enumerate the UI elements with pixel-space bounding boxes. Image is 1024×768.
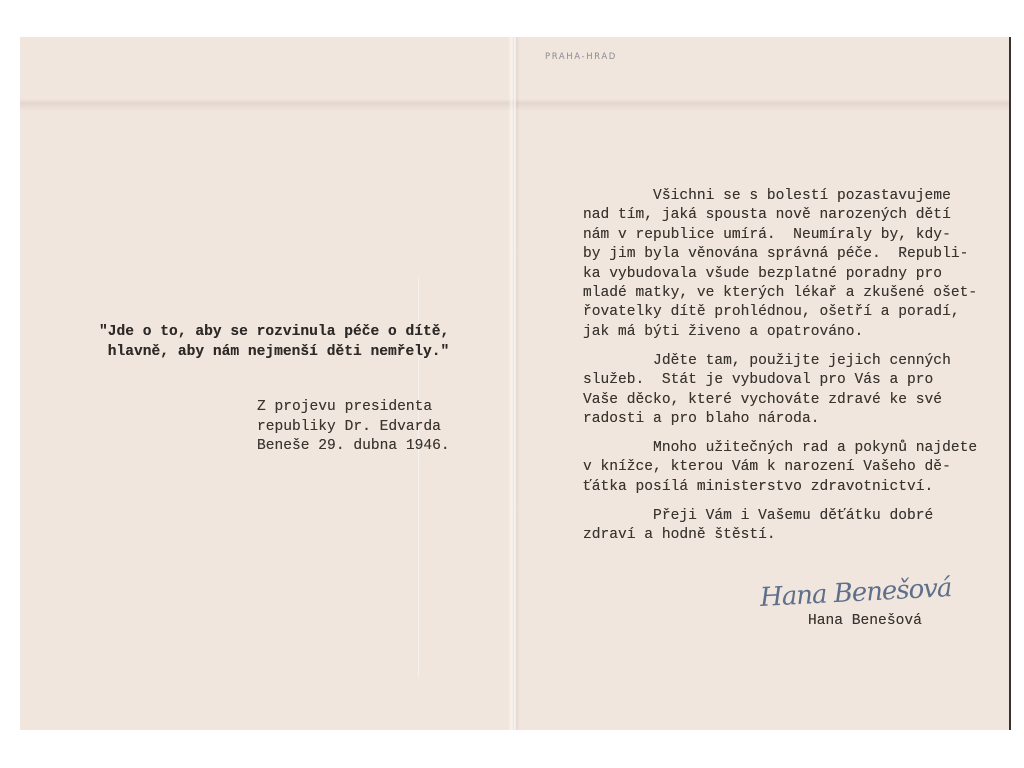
letter-paragraph: Přeji Vám i Vašemu děťátku dobré zdraví … — [583, 507, 977, 546]
letter-body: Všichni se s bolestí pozastavujeme nad t… — [583, 187, 977, 545]
attribution-line: Beneše 29. dubna 1946. — [257, 438, 450, 454]
quote-attribution: Z projevu presidenta republiky Dr. Edvar… — [257, 398, 450, 457]
quote-line: hlavně, aby nám nejmenší děti nemřely." — [99, 344, 449, 360]
center-fold — [514, 37, 516, 730]
president-quote: "Jde o to, aby se rozvinula péče o dítě,… — [99, 323, 449, 362]
attribution-line: republiky Dr. Edvarda — [257, 419, 441, 435]
quote-line: "Jde o to, aby se rozvinula péče o dítě, — [99, 324, 449, 340]
signed-name: Hana Benešová — [808, 612, 922, 632]
letter-paragraph: Všichni se s bolestí pozastavujeme nad t… — [583, 187, 977, 342]
letter-paragraph: Mnoho užitečných rad a pokynů najdete v … — [583, 439, 977, 497]
letterhead: PRAHA-HRAD — [545, 52, 617, 62]
letter-paragraph: Jděte tam, použijte jejich cenných služe… — [583, 352, 977, 430]
attribution-line: Z projevu presidenta — [257, 399, 432, 415]
